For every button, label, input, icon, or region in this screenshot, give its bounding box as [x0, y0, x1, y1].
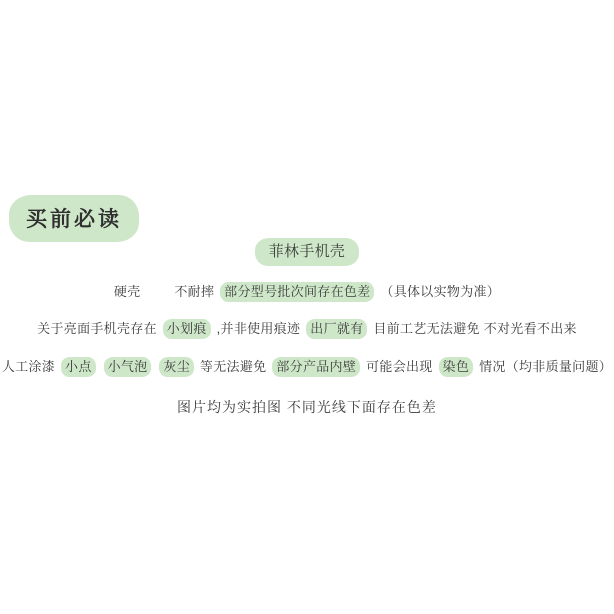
subtitle-highlighted-text: 菲林手机壳	[255, 238, 360, 266]
notice-line-shell: 硬壳 不耐摔 部分型号批次间存在色差 （具体以实物为准）	[0, 281, 614, 300]
highlighted-term: 出厂就有	[306, 319, 367, 339]
shell-type-text: 硬壳	[114, 284, 141, 299]
highlighted-term: 小点	[61, 357, 96, 377]
notice-image: 买前必读 菲林手机壳 硬壳 不耐摔 部分型号批次间存在色差 （具体以实物为准） …	[0, 0, 614, 614]
notice-line-paint: 人工涂漆 小点 小气泡 灰尘 等无法避免 部分产品内壁 可能会出现 染色 情况（…	[0, 356, 614, 375]
page-title-text: 买前必读	[26, 208, 122, 231]
highlighted-term: 小气泡	[104, 357, 152, 377]
text-segment: （具体以实物为准）	[380, 284, 500, 299]
notice-line-photos: 图片均为实拍图 不同光线下面存在色差	[0, 397, 614, 417]
notice-line-scratches: 关于亮面手机壳存在 小划痕 ,并非使用痕迹 出厂就有 目前工艺无法避免 不对光看…	[0, 318, 614, 337]
highlighted-term: 灰尘	[159, 357, 194, 377]
text-segment: 目前工艺无法避免 不对光看不出来	[373, 321, 576, 336]
subtitle-line: 菲林手机壳	[0, 240, 614, 261]
text-segment: 关于亮面手机壳存在	[37, 321, 157, 336]
text-segment: 不耐摔	[174, 284, 214, 299]
text-segment: 图片均为实拍图 不同光线下面存在色差	[177, 399, 437, 415]
highlighted-term: 部分型号批次间存在色差	[220, 282, 374, 302]
text-segment: 等无法避免	[200, 359, 267, 374]
page-title: 买前必读	[9, 195, 139, 242]
text-segment: 情况（均非质量问题）	[479, 359, 612, 374]
highlighted-term: 染色	[439, 357, 474, 377]
text-segment: ,并非使用痕迹	[217, 321, 301, 336]
text-segment: 可能会出现	[366, 359, 433, 374]
highlighted-term: 小划痕	[163, 319, 211, 339]
text-segment: 人工涂漆	[2, 359, 55, 374]
highlighted-term: 部分产品内壁	[272, 357, 360, 377]
